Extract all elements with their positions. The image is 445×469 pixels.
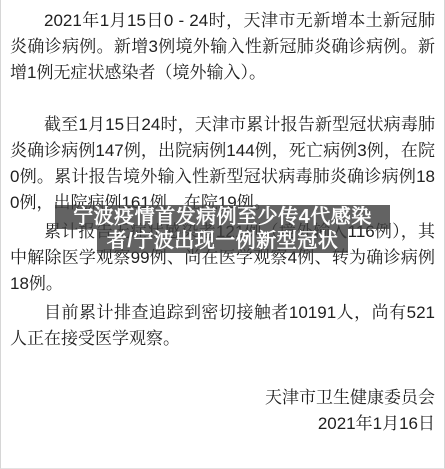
signature-organization: 天津市卫生健康委员会 xyxy=(10,385,435,411)
article-paragraph-new-cases: 2021年1月15日0 - 24时，天津市无新增本土新冠肺炎确诊病例。新增3例境… xyxy=(10,8,435,86)
headline-line-2-wrap: 者/宁波出现一例新型冠状 xyxy=(1,229,444,253)
signature-date: 2021年1月16日 xyxy=(10,411,435,437)
article-paragraph-cumulative-confirmed: 截至1月15日24时，天津市累计报告新型冠状病毒肺炎确诊病例147例，出院病例1… xyxy=(10,112,435,216)
bulletin-page: 2021年1月15日0 - 24时，天津市无新增本土新冠肺炎确诊病例。新增3例境… xyxy=(0,0,445,469)
headline-line-1-wrap: 宁波疫情首发病例至少传4代感染 xyxy=(1,205,444,229)
headline-overlay-banner[interactable]: 宁波疫情首发病例至少传4代感染 者/宁波出现一例新型冠状 xyxy=(1,205,444,253)
headline-line-2: 者/宁波出现一例新型冠状 xyxy=(97,229,349,253)
article-paragraph-close-contacts: 目前累计排查追踪到密切接触者10191人，尚有521人正在接受医学观察。 xyxy=(10,300,435,352)
headline-line-1: 宁波疫情首发病例至少传4代感染 xyxy=(55,205,390,229)
signature-block: 天津市卫生健康委员会 2021年1月16日 xyxy=(10,385,435,437)
